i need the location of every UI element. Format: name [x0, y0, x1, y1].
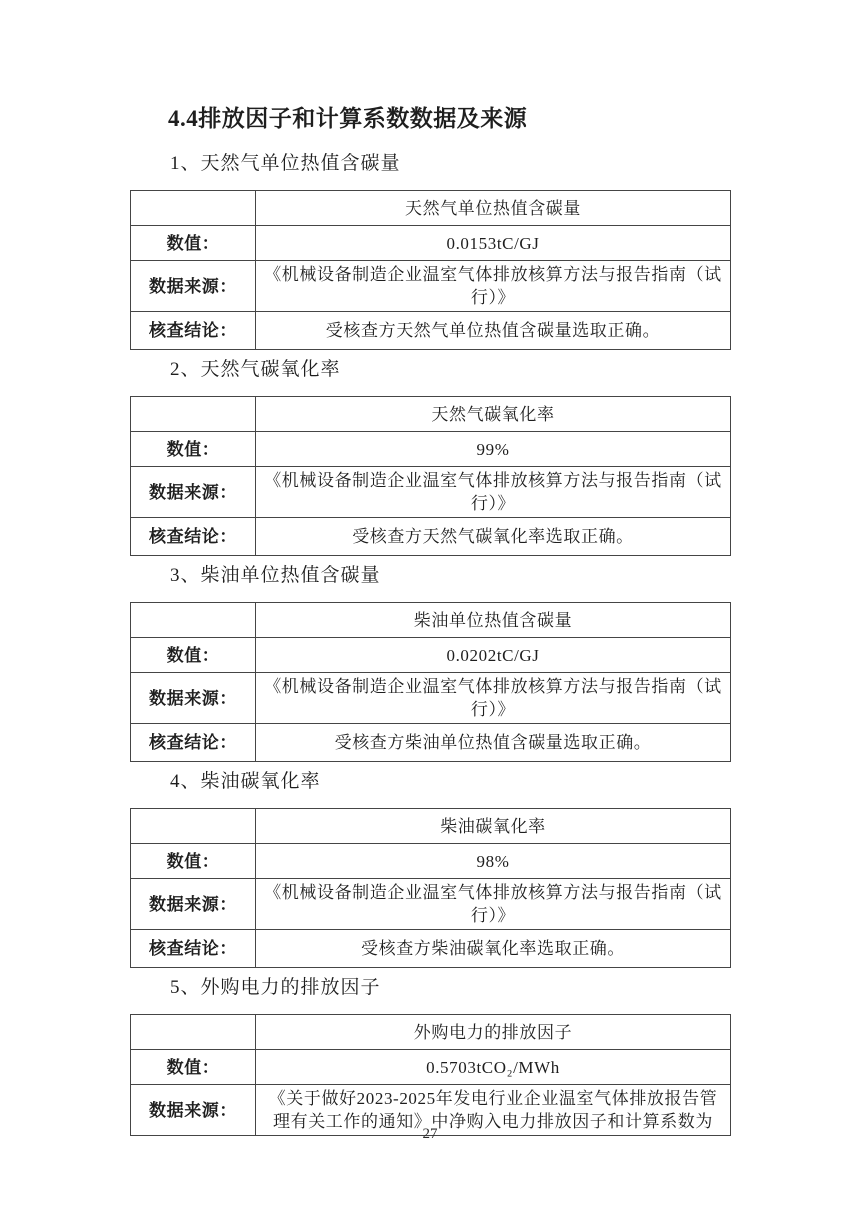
table-row: 天然气碳氧化率 — [131, 397, 731, 432]
value-cell: 99% — [256, 432, 731, 467]
section-heading: 2、天然气碳氧化率 — [170, 358, 731, 382]
conclusion-label: 核查结论： — [131, 518, 256, 556]
section-natural-gas-oxidation-rate: 2、天然气碳氧化率 天然气碳氧化率 数值： 99% 数据来源： 《机械设备制造企… — [130, 358, 731, 556]
conclusion-cell: 受核查方柴油单位热值含碳量选取正确。 — [256, 724, 731, 762]
table-row: 数值： 0.0153tC/GJ — [131, 226, 731, 261]
table-row: 数值： 0.5703tCO₂/MWh — [131, 1050, 731, 1085]
conclusion-cell: 受核查方天然气碳氧化率选取正确。 — [256, 518, 731, 556]
section-diesel-oxidation-rate: 4、柴油碳氧化率 柴油碳氧化率 数值： 98% 数据来源： 《机械设备制造企业温… — [130, 770, 731, 968]
source-cell: 《机械设备制造企业温室气体排放核算方法与报告指南（试行）》 — [256, 673, 731, 724]
table-row: 核查结论： 受核查方天然气碳氧化率选取正确。 — [131, 518, 731, 556]
value-cell: 0.0202tC/GJ — [256, 638, 731, 673]
value-label: 数值： — [131, 638, 256, 673]
conclusion-cell: 受核查方天然气单位热值含碳量选取正确。 — [256, 312, 731, 350]
factor-table: 外购电力的排放因子 数值： 0.5703tCO₂/MWh 数据来源： 《关于做好… — [130, 1014, 731, 1136]
factor-table: 柴油单位热值含碳量 数值： 0.0202tC/GJ 数据来源： 《机械设备制造企… — [130, 602, 731, 762]
factor-table: 天然气单位热值含碳量 数值： 0.0153tC/GJ 数据来源： 《机械设备制造… — [130, 190, 731, 350]
conclusion-label: 核查结论： — [131, 724, 256, 762]
source-cell: 《机械设备制造企业温室气体排放核算方法与报告指南（试行）》 — [256, 261, 731, 312]
table-row: 数据来源： 《机械设备制造企业温室气体排放核算方法与报告指南（试行）》 — [131, 879, 731, 930]
table-title-cell: 天然气单位热值含碳量 — [256, 191, 731, 226]
page-content: 4.4排放因子和计算系数数据及来源 1、天然气单位热值含碳量 天然气单位热值含碳… — [130, 104, 731, 1136]
value-cell: 0.0153tC/GJ — [256, 226, 731, 261]
value-cell: 0.5703tCO₂/MWh — [256, 1050, 731, 1085]
factor-table: 柴油碳氧化率 数值： 98% 数据来源： 《机械设备制造企业温室气体排放核算方法… — [130, 808, 731, 968]
source-cell: 《机械设备制造企业温室气体排放核算方法与报告指南（试行）》 — [256, 879, 731, 930]
value-label: 数值： — [131, 844, 256, 879]
section-heading: 5、外购电力的排放因子 — [170, 976, 731, 1000]
section-heading: 4、柴油碳氧化率 — [170, 770, 731, 794]
table-title-cell: 柴油单位热值含碳量 — [256, 603, 731, 638]
source-cell: 《机械设备制造企业温室气体排放核算方法与报告指南（试行）》 — [256, 467, 731, 518]
empty-corner-cell — [131, 1015, 256, 1050]
table-row: 柴油单位热值含碳量 — [131, 603, 731, 638]
empty-corner-cell — [131, 191, 256, 226]
table-title-cell: 外购电力的排放因子 — [256, 1015, 731, 1050]
page-number: 27 — [0, 1126, 860, 1143]
table-row: 外购电力的排放因子 — [131, 1015, 731, 1050]
empty-corner-cell — [131, 603, 256, 638]
table-row: 数据来源： 《机械设备制造企业温室气体排放核算方法与报告指南（试行）》 — [131, 261, 731, 312]
table-row: 数值： 0.0202tC/GJ — [131, 638, 731, 673]
value-label: 数值： — [131, 432, 256, 467]
table-row: 核查结论： 受核查方天然气单位热值含碳量选取正确。 — [131, 312, 731, 350]
table-row: 数据来源： 《机械设备制造企业温室气体排放核算方法与报告指南（试行）》 — [131, 673, 731, 724]
factor-table: 天然气碳氧化率 数值： 99% 数据来源： 《机械设备制造企业温室气体排放核算方… — [130, 396, 731, 556]
section-diesel-carbon-content: 3、柴油单位热值含碳量 柴油单位热值含碳量 数值： 0.0202tC/GJ 数据… — [130, 564, 731, 762]
section-purchased-electricity-factor: 5、外购电力的排放因子 外购电力的排放因子 数值： 0.5703tCO₂/MWh… — [130, 976, 731, 1136]
section-heading: 3、柴油单位热值含碳量 — [170, 564, 731, 588]
conclusion-label: 核查结论： — [131, 312, 256, 350]
conclusion-cell: 受核查方柴油碳氧化率选取正确。 — [256, 930, 731, 968]
value-label: 数值： — [131, 226, 256, 261]
table-row: 天然气单位热值含碳量 — [131, 191, 731, 226]
section-natural-gas-carbon-content: 1、天然气单位热值含碳量 天然气单位热值含碳量 数值： 0.0153tC/GJ … — [130, 152, 731, 350]
table-row: 柴油碳氧化率 — [131, 809, 731, 844]
table-row: 数值： 98% — [131, 844, 731, 879]
document-page: 4.4排放因子和计算系数数据及来源 1、天然气单位热值含碳量 天然气单位热值含碳… — [0, 0, 860, 1216]
page-title: 4.4排放因子和计算系数数据及来源 — [130, 104, 731, 134]
table-row: 数据来源： 《机械设备制造企业温室气体排放核算方法与报告指南（试行）》 — [131, 467, 731, 518]
table-title-cell: 柴油碳氧化率 — [256, 809, 731, 844]
source-label: 数据来源： — [131, 467, 256, 518]
conclusion-label: 核查结论： — [131, 930, 256, 968]
table-row: 核查结论： 受核查方柴油碳氧化率选取正确。 — [131, 930, 731, 968]
table-row: 核查结论： 受核查方柴油单位热值含碳量选取正确。 — [131, 724, 731, 762]
section-heading: 1、天然气单位热值含碳量 — [170, 152, 731, 176]
table-title-cell: 天然气碳氧化率 — [256, 397, 731, 432]
empty-corner-cell — [131, 809, 256, 844]
table-row: 数值： 99% — [131, 432, 731, 467]
value-label: 数值： — [131, 1050, 256, 1085]
source-label: 数据来源： — [131, 673, 256, 724]
empty-corner-cell — [131, 397, 256, 432]
value-cell: 98% — [256, 844, 731, 879]
source-label: 数据来源： — [131, 879, 256, 930]
source-label: 数据来源： — [131, 261, 256, 312]
